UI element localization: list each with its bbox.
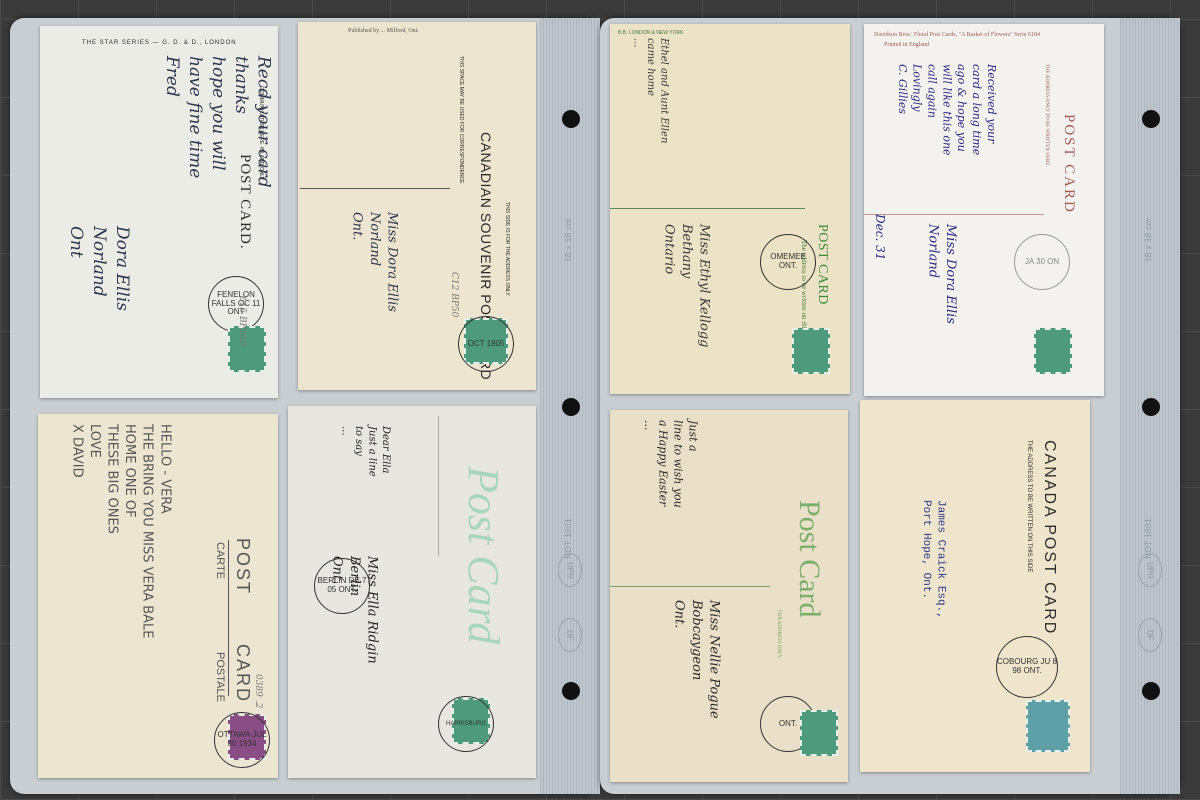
postcard-subheading-right: POSTALE <box>214 652 226 702</box>
postage-stamp <box>792 328 830 374</box>
handwritten-date: Dec. 31 <box>872 214 888 260</box>
pencil-note: 615 BP100 <box>236 296 248 346</box>
postage-stamp <box>1034 328 1072 374</box>
strip-label: 18 x 18 cm <box>564 218 573 262</box>
handwritten-message: Ethel and Aunt Ellen came home ... <box>630 38 671 208</box>
handwritten-address: Dora Ellis Norland Ont <box>64 226 133 386</box>
punch-hole <box>1142 398 1160 416</box>
typed-address: James Craick Esq., Port Hope, Ont. <box>918 500 948 740</box>
album-page-left: 18 x 18 cm NOT 1001 UPR DF THE STAR SERI… <box>10 18 600 794</box>
postage-stamp <box>1026 700 1070 752</box>
postcard-heading-bottom: CARD <box>232 644 253 703</box>
album-page-right: 18 x 18 cm NOT 1001 UPR DF B.B. LONDON &… <box>600 18 1180 794</box>
handwritten-address: Miss Ethyl Kellogg Bethany Ontario <box>660 224 713 384</box>
handwritten-message: Dear Ella Just a line to say ... <box>338 426 392 576</box>
printed-side-note: FOR ADDRESS ONLY <box>776 610 781 658</box>
postmark-secondary: HARRISBURG <box>438 696 494 752</box>
postcard-heading: CANADA POST CARD <box>1040 440 1058 635</box>
publisher-line: Davidson Bros.' Floral Post Cards, "A Ba… <box>874 32 1102 38</box>
punch-hole <box>562 398 580 416</box>
postcard-heading: POST CARD <box>1060 114 1077 214</box>
postage-stamp <box>800 710 838 756</box>
punch-hole <box>562 110 580 128</box>
handwritten-message: Received your card a long time ago & hop… <box>894 64 998 214</box>
manufacturer-logo: UPR <box>558 553 582 587</box>
postmark: OMEMEE ONT. <box>760 234 816 290</box>
printed-footer: THIS SIDE IS FOR THE ADDRESS ONLY. <box>504 202 510 296</box>
publisher-line: THE STAR SERIES — G. D. & D., LONDON <box>82 40 237 46</box>
manufacturer-logo: DF <box>1138 618 1162 652</box>
strip-label: 18 x 18 cm <box>1144 218 1153 262</box>
album-binding-strip: 18 x 18 cm NOT 1001 UPR DF <box>540 18 600 794</box>
album-binding-strip: 18 x 18 cm NOT 1001 UPR DF <box>1120 18 1180 794</box>
punch-hole <box>1142 682 1160 700</box>
publisher-line: Published by ... Milford, Ont. <box>348 28 419 34</box>
postcard-heading-top: POST <box>232 538 253 595</box>
pencil-note: 0389 .2 <box>252 674 264 708</box>
postmark: JA 30 ON <box>1014 234 1070 290</box>
punch-hole <box>1142 110 1160 128</box>
postmark: COBOURG JU 8 98 ONT. <box>996 636 1058 698</box>
postcard-easter-embossed: Post Card FOR ADDRESS ONLY Just a line t… <box>610 410 848 782</box>
postcard-carte-postale: POST CARD CARTE POSTALE HELLO - VERA THE… <box>38 414 278 778</box>
manufacturer-logo: DF <box>558 618 582 652</box>
postcard-bb-london: B.B. LONDON & NEW YORK POST CARD The add… <box>610 24 850 394</box>
postmark: OCT 1905 <box>458 316 514 372</box>
pencil-note: C12 BP50 <box>448 272 460 317</box>
postcard-davidson-floral: Davidson Bros.' Floral Post Cards, "A Ba… <box>864 24 1104 396</box>
postmark: BERLIN DE 7 05 ONT. <box>314 558 370 614</box>
handwritten-address: Miss Nellie Pogue Bobcaygeon Ont. <box>670 600 723 770</box>
postcard-heading: POST CARD <box>814 224 830 305</box>
postcard-canadian-souvenir: Published by ... Milford, Ont. CANADIAN … <box>298 22 536 390</box>
printed-side-note: THIS SPACE MAY BE USED FOR CORRESPONDENC… <box>458 56 464 184</box>
handwritten-address: Miss Dora Ellis Norland Ont. <box>348 212 401 372</box>
postcard-heading: Post Card <box>458 466 509 644</box>
postmark: OTTAWA JUL 30 1934 <box>214 712 270 768</box>
manufacturer-logo: UPR <box>1138 553 1162 587</box>
postcard-canada-post-card: CANADA POST CARD THE ADDRESS TO BE WRITT… <box>860 400 1090 772</box>
printed-side-note: THE ADDRESS ONLY TO BE WRITTEN HERE <box>1044 64 1049 165</box>
postcard-star-series: THE STAR SERIES — G. D. & D., LONDON POS… <box>40 26 278 398</box>
postcard-embossed-post-card: Post Card Dear Ella Just a line to say .… <box>288 406 536 778</box>
postcard-heading: Post Card <box>792 500 826 618</box>
handwritten-message: HELLO - VERA THE BRING YOU MISS VERA BAL… <box>68 424 173 764</box>
punch-hole <box>562 682 580 700</box>
postcard-subheading-left: CARTE <box>214 542 226 579</box>
handwritten-address: Miss Dora Ellis Norland <box>924 224 959 374</box>
printed-side-note: THE ADDRESS TO BE WRITTEN ON THIS SIDE <box>1026 440 1032 572</box>
printed-in-line: Printed in England <box>884 42 929 48</box>
publisher-line: B.B. LONDON & NEW YORK <box>618 30 683 36</box>
handwritten-message: Just a line to wish you a Happy Easter .… <box>640 420 699 580</box>
